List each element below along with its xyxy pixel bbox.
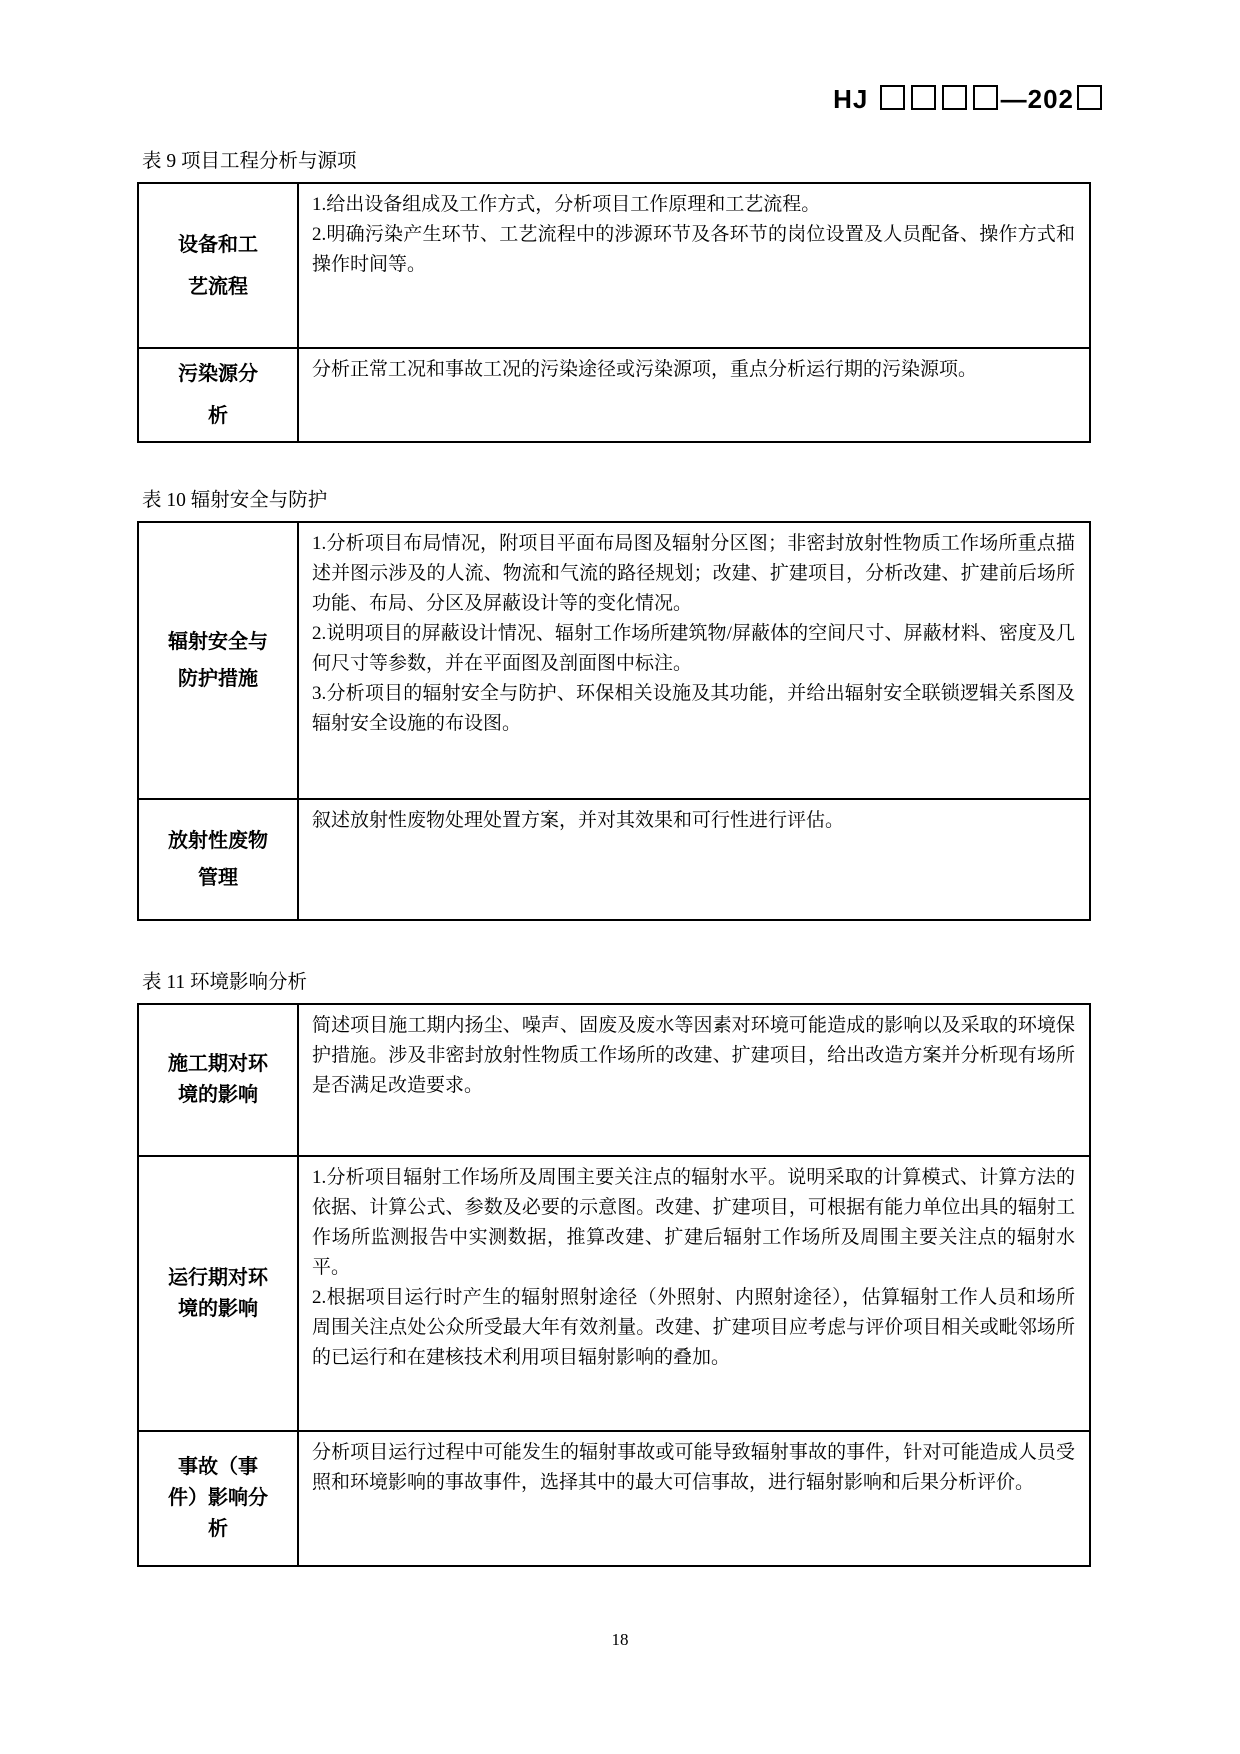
table-10-title: 表 10 辐射安全与防护: [142, 489, 1089, 513]
row-content: 1.分析项目辐射工作场所及周围主要关注点的辐射水平。说明采取的计算模式、计算方法…: [298, 1156, 1090, 1431]
row-content: 叙述放射性废物处理处置方案，并对其效果和可行性进行评估。: [298, 799, 1090, 920]
row-label: 污染源分 析: [138, 348, 298, 442]
table-row: 放射性废物 管理 叙述放射性废物处理处置方案，并对其效果和可行性进行评估。: [138, 799, 1090, 920]
table-row: 设备和工 艺流程 1.给出设备组成及工作方式，分析项目工作原理和工艺流程。 2.…: [138, 183, 1090, 348]
row-label: 运行期对环 境的影响: [138, 1156, 298, 1431]
table-row: 辐射安全与 防护措施 1.分析项目布局情况，附项目平面布局图及辐射分区图；非密封…: [138, 522, 1090, 799]
table-10: 辐射安全与 防护措施 1.分析项目布局情况，附项目平面布局图及辐射分区图；非密封…: [137, 521, 1091, 921]
row-label: 辐射安全与 防护措施: [138, 522, 298, 799]
row-content: 1.分析项目布局情况，附项目平面布局图及辐射分区图；非密封放射性物质工作场所重点…: [298, 522, 1090, 799]
table-11: 施工期对环 境的影响 简述项目施工期内扬尘、噪声、固废及废水等因素对环境可能造成…: [137, 1003, 1091, 1567]
blank-square: [942, 85, 967, 110]
table-row: 运行期对环 境的影响 1.分析项目辐射工作场所及周围主要关注点的辐射水平。说明采…: [138, 1156, 1090, 1431]
blank-square: [911, 85, 936, 110]
row-label: 事故（事 件）影响分 析: [138, 1431, 298, 1566]
row-label: 设备和工 艺流程: [138, 183, 298, 348]
row-content: 简述项目施工期内扬尘、噪声、固废及废水等因素对环境可能造成的影响以及采取的环境保…: [298, 1004, 1090, 1156]
row-label: 施工期对环 境的影响: [138, 1004, 298, 1156]
standard-code-header: HJ —202: [0, 0, 1240, 114]
blank-square: [973, 85, 998, 110]
table-row: 施工期对环 境的影响 简述项目施工期内扬尘、噪声、固废及废水等因素对环境可能造成…: [138, 1004, 1090, 1156]
document-page: { "header": { "standard_code": "HJ □□□□—…: [0, 0, 1240, 1754]
table-11-title: 表 11 环境影响分析: [142, 971, 1089, 995]
table-9: 设备和工 艺流程 1.给出设备组成及工作方式，分析项目工作原理和工艺流程。 2.…: [137, 182, 1091, 443]
blank-square: [880, 85, 905, 110]
document-body: 表 9 项目工程分析与源项 设备和工 艺流程 1.给出设备组成及工作方式，分析项…: [137, 150, 1089, 1567]
row-content: 分析正常工况和事故工况的污染途径或污染源项，重点分析运行期的污染源项。: [298, 348, 1090, 442]
table-row: 事故（事 件）影响分 析 分析项目运行过程中可能发生的辐射事故或可能导致辐射事故…: [138, 1431, 1090, 1566]
row-label: 放射性废物 管理: [138, 799, 298, 920]
table-row: 污染源分 析 分析正常工况和事故工况的污染途径或污染源项，重点分析运行期的污染源…: [138, 348, 1090, 442]
blank-square: [1077, 85, 1102, 110]
table-9-title: 表 9 项目工程分析与源项: [142, 150, 1089, 174]
page-number: 18: [0, 1630, 1240, 1650]
row-content: 分析项目运行过程中可能发生的辐射事故或可能导致辐射事故的事件，针对可能造成人员受…: [298, 1431, 1090, 1566]
row-content: 1.给出设备组成及工作方式，分析项目工作原理和工艺流程。 2.明确污染产生环节、…: [298, 183, 1090, 348]
